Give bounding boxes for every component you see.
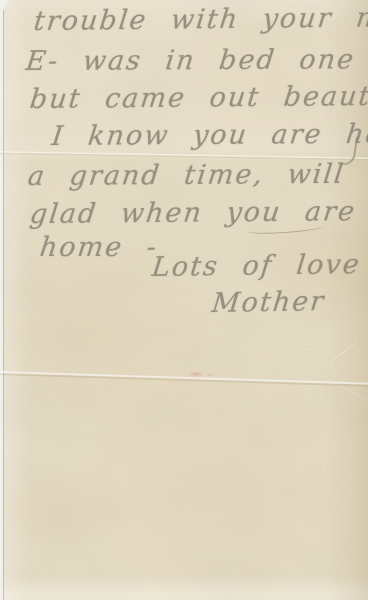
letter-line: home - bbox=[38, 232, 160, 263]
letter-line: E- was in bed one day bbox=[24, 44, 368, 77]
letter-closing: Lots of love bbox=[150, 249, 362, 283]
letter-line: trouble with your mouth bbox=[32, 2, 368, 37]
letter-signature: Mother bbox=[210, 286, 327, 319]
letter-line: glad when you are bbox=[28, 196, 358, 230]
letter-line: I know you are having bbox=[50, 118, 368, 152]
letter-line: a grand time, will be bbox=[26, 158, 368, 192]
scanned-letter-page: trouble with your mouth E- was in bed on… bbox=[0, 0, 368, 600]
letter-line: but came out beautiful bbox=[28, 81, 368, 115]
